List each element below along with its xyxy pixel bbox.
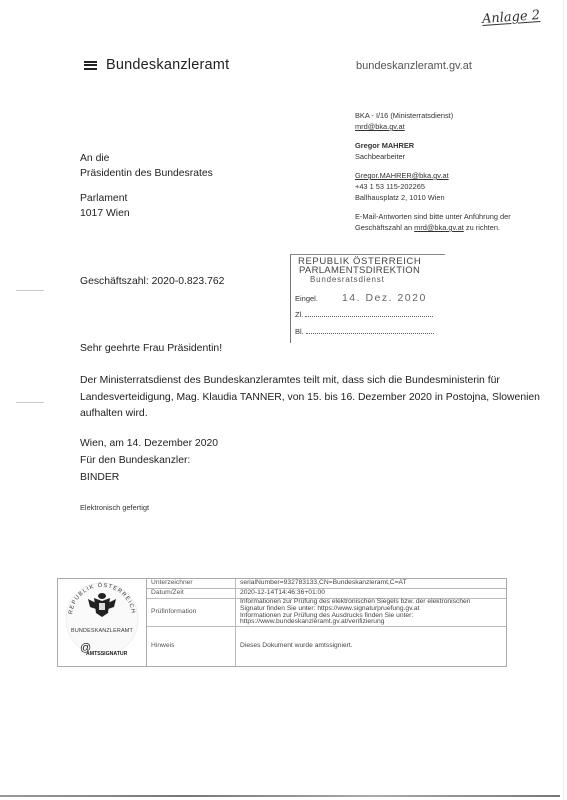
stamp-bl-label: Bl. <box>295 327 304 336</box>
salutation: Sehr geehrte Frau Präsidentin! <box>80 343 222 354</box>
recipient-address: An die Präsidentin des Bundesrates Parla… <box>80 151 213 221</box>
reply-note-email[interactable]: mrd@bka.gv.at <box>414 223 464 232</box>
signature-row-value: Dieses Dokument wurde amtssigniert. <box>236 627 506 666</box>
closing-block: Wien, am 14. Dezember 2020 Für den Bunde… <box>80 435 218 486</box>
signature-row-value: Informationen zur Prüfung des elektronis… <box>236 599 506 627</box>
scan-edge <box>563 0 564 800</box>
recipient-line-3: Parlament <box>80 191 213 206</box>
receipt-stamp: REPUBLIK ÖSTERREICH PARLAMENTSDIREKTION … <box>290 254 445 343</box>
place-date: Wien, am 14. Dezember 2020 <box>80 435 218 452</box>
recipient-line-1: An die <box>80 151 213 166</box>
sender-name: Gregor MAHRER <box>355 141 414 150</box>
stamp-line-3: Bundesratsdienst <box>310 275 385 284</box>
signature-block: REPUBLIK ÖSTERREICH BUNDESKANZLERAMT @ A… <box>57 578 507 667</box>
signature-info-table: UnterzeichnerserialNumber=932783133,CN=B… <box>147 579 506 666</box>
website-url[interactable]: bundeskanzleramt.gv.at <box>356 60 472 72</box>
stamp-received-date: 14. Dez. 2020 <box>342 292 427 304</box>
sender-department: BKA - I/16 (Ministerratsdienst) <box>355 110 511 121</box>
recipient-line-4: 1017 Wien <box>80 206 213 221</box>
scan-edge <box>0 795 560 797</box>
signature-row-value: serialNumber=932783133,CN=Bundeskanzlera… <box>236 579 506 589</box>
seal-emblem-icon: REPUBLIK ÖSTERREICH BUNDESKANZLERAMT @ A… <box>58 579 146 666</box>
reply-note-line-1: E-Mail-Antworten sind bitte unter Anführ… <box>355 211 511 222</box>
brand-header: Bundeskanzleramt <box>84 57 229 73</box>
margin-fold-mark <box>16 402 44 403</box>
signature-row-label: Datum/Zeit <box>147 589 236 599</box>
signature-row-label: Prüfinformation <box>147 599 236 627</box>
reply-note-prefix: Geschäftszahl an <box>355 223 414 232</box>
sender-info: BKA - I/16 (Ministerratsdienst) mrd@bka.… <box>355 110 511 233</box>
svg-text:BUNDESKANZLERAMT: BUNDESKANZLERAMT <box>71 628 133 634</box>
signature-row-label: Unterzeichner <box>147 579 236 589</box>
on-behalf: Für den Bundeskanzler: <box>80 452 218 469</box>
reply-note-line-2: Geschäftszahl an mrd@bka.gv.at zu richte… <box>355 222 511 233</box>
signer-name: BINDER <box>80 469 218 486</box>
sender-department-email[interactable]: mrd@bka.gv.at <box>355 121 511 132</box>
stamp-zl-row: Zl. <box>295 309 433 319</box>
bundeskanzleramt-logo-icon <box>84 61 97 70</box>
stamp-bl-row: Bl. <box>295 326 434 336</box>
official-seal: REPUBLIK ÖSTERREICH BUNDESKANZLERAMT @ A… <box>58 579 147 666</box>
stamp-zl-label: Zl. <box>295 310 303 319</box>
sender-email[interactable]: Gregor.MAHRER@bka.gv.at <box>355 170 511 181</box>
electronic-note: Elektronisch gefertigt <box>80 503 149 512</box>
sender-phone: +43 1 53 115-202265 <box>355 181 511 192</box>
reference-number: Geschäftszahl: 2020-0.823.762 <box>80 276 224 287</box>
svg-text:AMTSSIGNATUR: AMTSSIGNATUR <box>86 651 128 657</box>
sender-address: Ballhausplatz 2, 1010 Wien <box>355 192 511 203</box>
brand-name: Bundeskanzleramt <box>106 57 229 73</box>
recipient-line-2: Präsidentin des Bundesrates <box>80 166 213 181</box>
signature-row-label: Hinweis <box>147 627 236 666</box>
stamp-received-row: Eingel. 14. Dez. 2020 <box>295 292 427 304</box>
stamp-received-label: Eingel. <box>295 294 318 303</box>
reply-note-suffix: zu richten. <box>464 223 500 232</box>
sender-role: Sachbearbeiter <box>355 151 511 162</box>
margin-fold-mark <box>16 290 44 291</box>
handwritten-annotation: Anlage 2 <box>482 8 541 27</box>
letter-body: Der Ministerratsdienst des Bundeskanzler… <box>80 373 540 423</box>
